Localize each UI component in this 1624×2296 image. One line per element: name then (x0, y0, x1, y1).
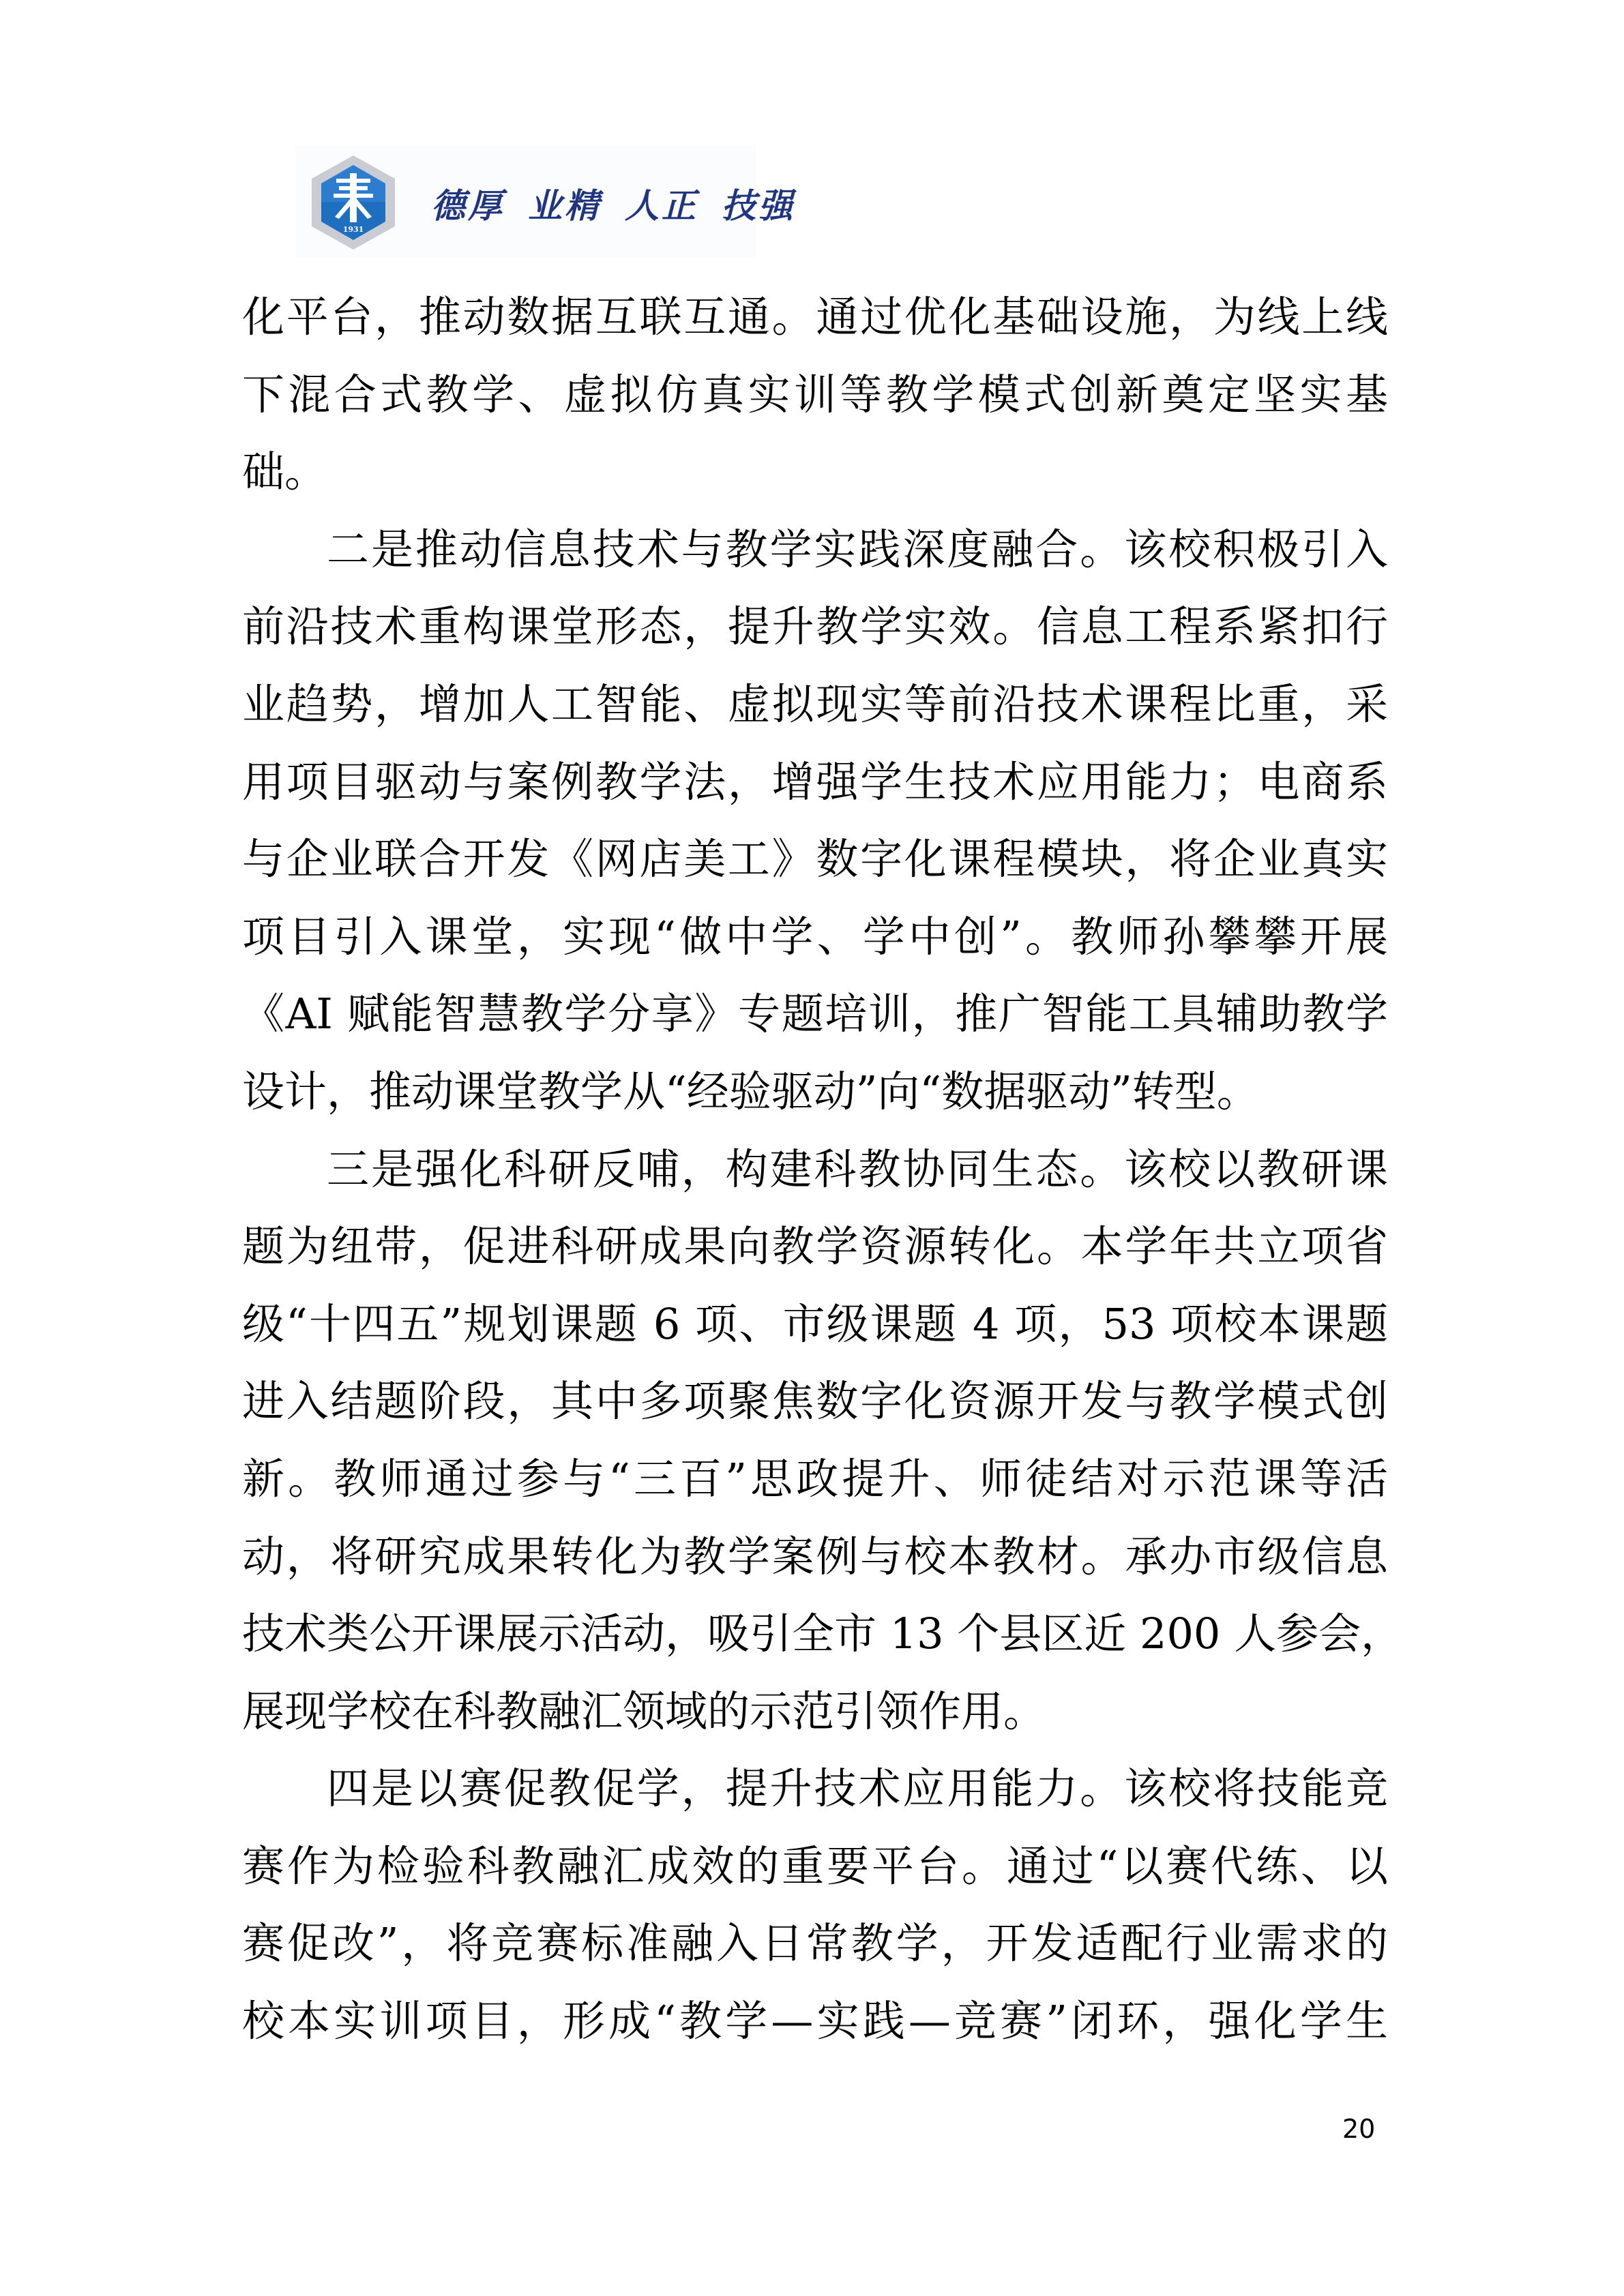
school-motto: 德厚业精人正技强 (431, 179, 795, 226)
paragraph-2: 二是推动信息技术与教学实践深度融合。该校积极引入 前沿技术重构课堂形态，提升教学… (242, 511, 1388, 1131)
text-line: 二是推动信息技术与教学实践深度融合。该校积极引入 (242, 511, 1388, 588)
text-line: 技术类公开课展示活动，吸引全市 13 个县区近 200 人参会， (242, 1595, 1388, 1673)
text-line: 用项目驱动与案例教学法，增强学生技术应用能力；电商系 (242, 743, 1388, 821)
text-line: 进入结题阶段，其中多项聚焦数字化资源开发与教学模式创 (242, 1362, 1388, 1440)
school-emblem-icon: 1931 (310, 154, 396, 251)
motto-part-3: 人正 (625, 185, 698, 226)
text-line: 础。 (242, 433, 1388, 511)
text-line: 业趋势，增加人工智能、虚拟现实等前沿技术课程比重，采 (242, 666, 1388, 743)
document-page: 1931 德厚业精人正技强 化平台，推动数据互联互通。通过优化基础设施，为线上线… (0, 0, 1624, 2296)
text-line: 下混合式教学、虚拟仿真实训等教学模式创新奠定坚实基 (242, 356, 1388, 434)
motto-part-2: 业精 (528, 185, 602, 226)
text-line: 三是强化科研反哺，构建科教协同生态。该校以教研课 (242, 1131, 1388, 1208)
text-line: 新。教师通过参与“三百”思政提升、师徒结对示范课等活 (242, 1440, 1388, 1518)
paragraph-1: 化平台，推动数据互联互通。通过优化基础设施，为线上线 下混合式教学、虚拟仿真实训… (242, 278, 1388, 511)
page-number: 20 (1342, 2114, 1375, 2144)
emblem-year: 1931 (343, 225, 364, 234)
text-line: 四是以赛促教促学，提升技术应用能力。该校将技能竞 (242, 1750, 1388, 1828)
paragraph-4: 四是以赛促教促学，提升技术应用能力。该校将技能竞 赛作为检验科教融汇成效的重要平… (242, 1750, 1388, 2059)
text-line: 《AI 赋能智慧教学分享》专题培训，推广智能工具辅助教学 (242, 975, 1388, 1053)
text-line: 级“十四五”规划课题 6 项、市级课题 4 项，53 项校本课题 (242, 1285, 1388, 1363)
text-line: 题为纽带，促进科研成果向教学资源转化。本学年共立项省 (242, 1208, 1388, 1285)
text-line: 展现学校在科教融汇领域的示范引领作用。 (242, 1673, 1388, 1750)
text-line: 化平台，推动数据互联互通。通过优化基础设施，为线上线 (242, 278, 1388, 356)
text-line: 赛作为检验科教融汇成效的重要平台。通过“以赛代练、以 (242, 1828, 1388, 1905)
motto-part-1: 德厚 (431, 185, 505, 226)
text-line: 赛促改”，将竞赛标准融入日常教学，开发适配行业需求的 (242, 1905, 1388, 1982)
text-line: 与企业联合开发《网店美工》数字化课程模块，将企业真实 (242, 820, 1388, 898)
body-text: 化平台，推动数据互联互通。通过优化基础设施，为线上线 下混合式教学、虚拟仿真实训… (242, 278, 1388, 2060)
paragraph-3: 三是强化科研反哺，构建科教协同生态。该校以教研课 题为纽带，促进科研成果向教学资… (242, 1131, 1388, 1750)
text-line: 前沿技术重构课堂形态，提升教学实效。信息工程系紧扣行 (242, 588, 1388, 666)
text-line: 设计，推动课堂教学从“经验驱动”向“数据驱动”转型。 (242, 1053, 1388, 1131)
motto-part-4: 技强 (722, 185, 795, 226)
text-line: 动，将研究成果转化为教学案例与校本教材。承办市级信息 (242, 1518, 1388, 1596)
text-line: 校本实训项目，形成“教学—实践—竞赛”闭环，强化学生 (242, 1982, 1388, 2060)
text-line: 项目引入课堂，实现“做中学、学中创”。教师孙攀攀开展 (242, 898, 1388, 976)
